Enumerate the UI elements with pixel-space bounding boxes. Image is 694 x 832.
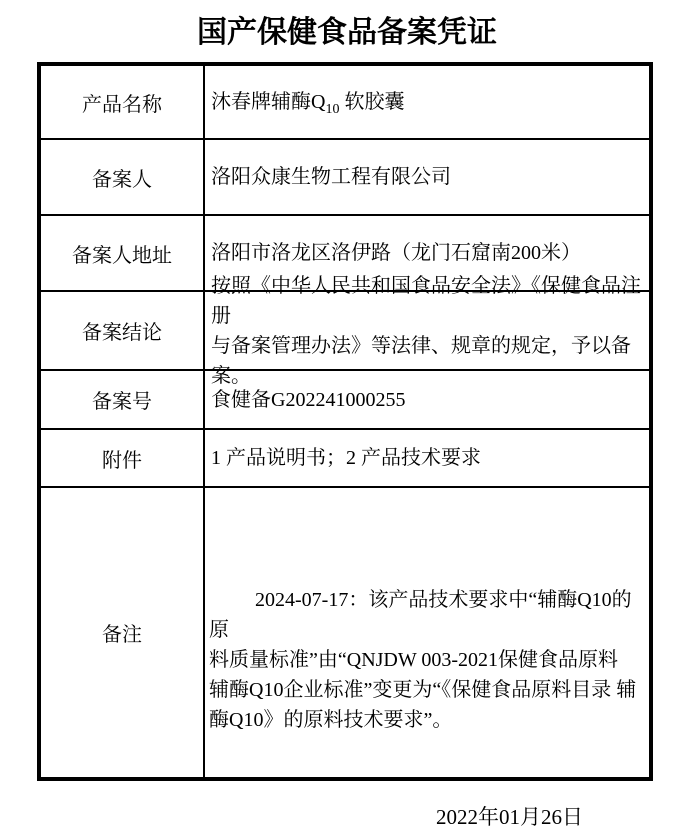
row-value-remarks: 2024-07-17：该产品技术要求中“辅酶Q10的原 料质量标准”由“QNJD… [205, 488, 649, 777]
registrant-address-text: 洛阳市洛龙区洛伊路（龙门石窟南200米） [211, 238, 647, 268]
row-value-record-number: 食健备G202241000255 [205, 371, 649, 428]
issue-date: 2022年01月26日 [436, 801, 583, 831]
table-row-registrant: 备案人 洛阳众康生物工程有限公司 [41, 140, 649, 216]
certificate-page: 国产保健食品备案凭证 产品名称 沐春牌辅酶Q10 软胶囊 备案人 洛阳众康生物工… [0, 0, 694, 832]
table-row-record-number: 备案号 食健备G202241000255 [41, 371, 649, 430]
remarks-text: 2024-07-17：该产品技术要求中“辅酶Q10的原 料质量标准”由“QNJD… [209, 585, 647, 735]
row-value-conclusion: 按照《中华人民共和国食品安全法》《保健食品注册 与备案管理办法》等法律、规章的规… [205, 292, 649, 369]
row-label-product-name: 产品名称 [41, 66, 205, 138]
table-row-remarks: 备注 2024-07-17：该产品技术要求中“辅酶Q10的原 料质量标准”由“Q… [41, 488, 649, 777]
attachments-text: 1 产品说明书；2 产品技术要求 [211, 443, 647, 473]
row-label-registrant: 备案人 [41, 140, 205, 214]
row-label-attachments: 附件 [41, 430, 205, 486]
row-label-record-number: 备案号 [41, 371, 205, 428]
table-row-product-name: 产品名称 沐春牌辅酶Q10 软胶囊 [41, 66, 649, 140]
page-title: 国产保健食品备案凭证 [0, 7, 694, 51]
row-label-registrant-address: 备案人地址 [41, 216, 205, 290]
product-name-text: 沐春牌辅酶Q10 软胶囊 [211, 87, 647, 117]
product-name-prefix: 沐春牌辅酶Q [211, 91, 325, 113]
table-row-conclusion: 备案结论 按照《中华人民共和国食品安全法》《保健食品注册 与备案管理办法》等法律… [41, 292, 649, 371]
product-name-suffix: 软胶囊 [339, 91, 404, 113]
record-number-text: 食健备G202241000255 [211, 385, 647, 415]
table-row-attachments: 附件 1 产品说明书；2 产品技术要求 [41, 430, 649, 488]
row-label-conclusion: 备案结论 [41, 292, 205, 369]
row-value-registrant: 洛阳众康生物工程有限公司 [205, 140, 649, 214]
registrant-text: 洛阳众康生物工程有限公司 [211, 162, 647, 192]
certificate-table: 产品名称 沐春牌辅酶Q10 软胶囊 备案人 洛阳众康生物工程有限公司 备案人地址… [37, 62, 653, 781]
row-label-remarks: 备注 [41, 488, 205, 777]
product-name-subscript: 10 [325, 102, 339, 117]
row-value-product-name: 沐春牌辅酶Q10 软胶囊 [205, 66, 649, 138]
row-value-attachments: 1 产品说明书；2 产品技术要求 [205, 430, 649, 486]
